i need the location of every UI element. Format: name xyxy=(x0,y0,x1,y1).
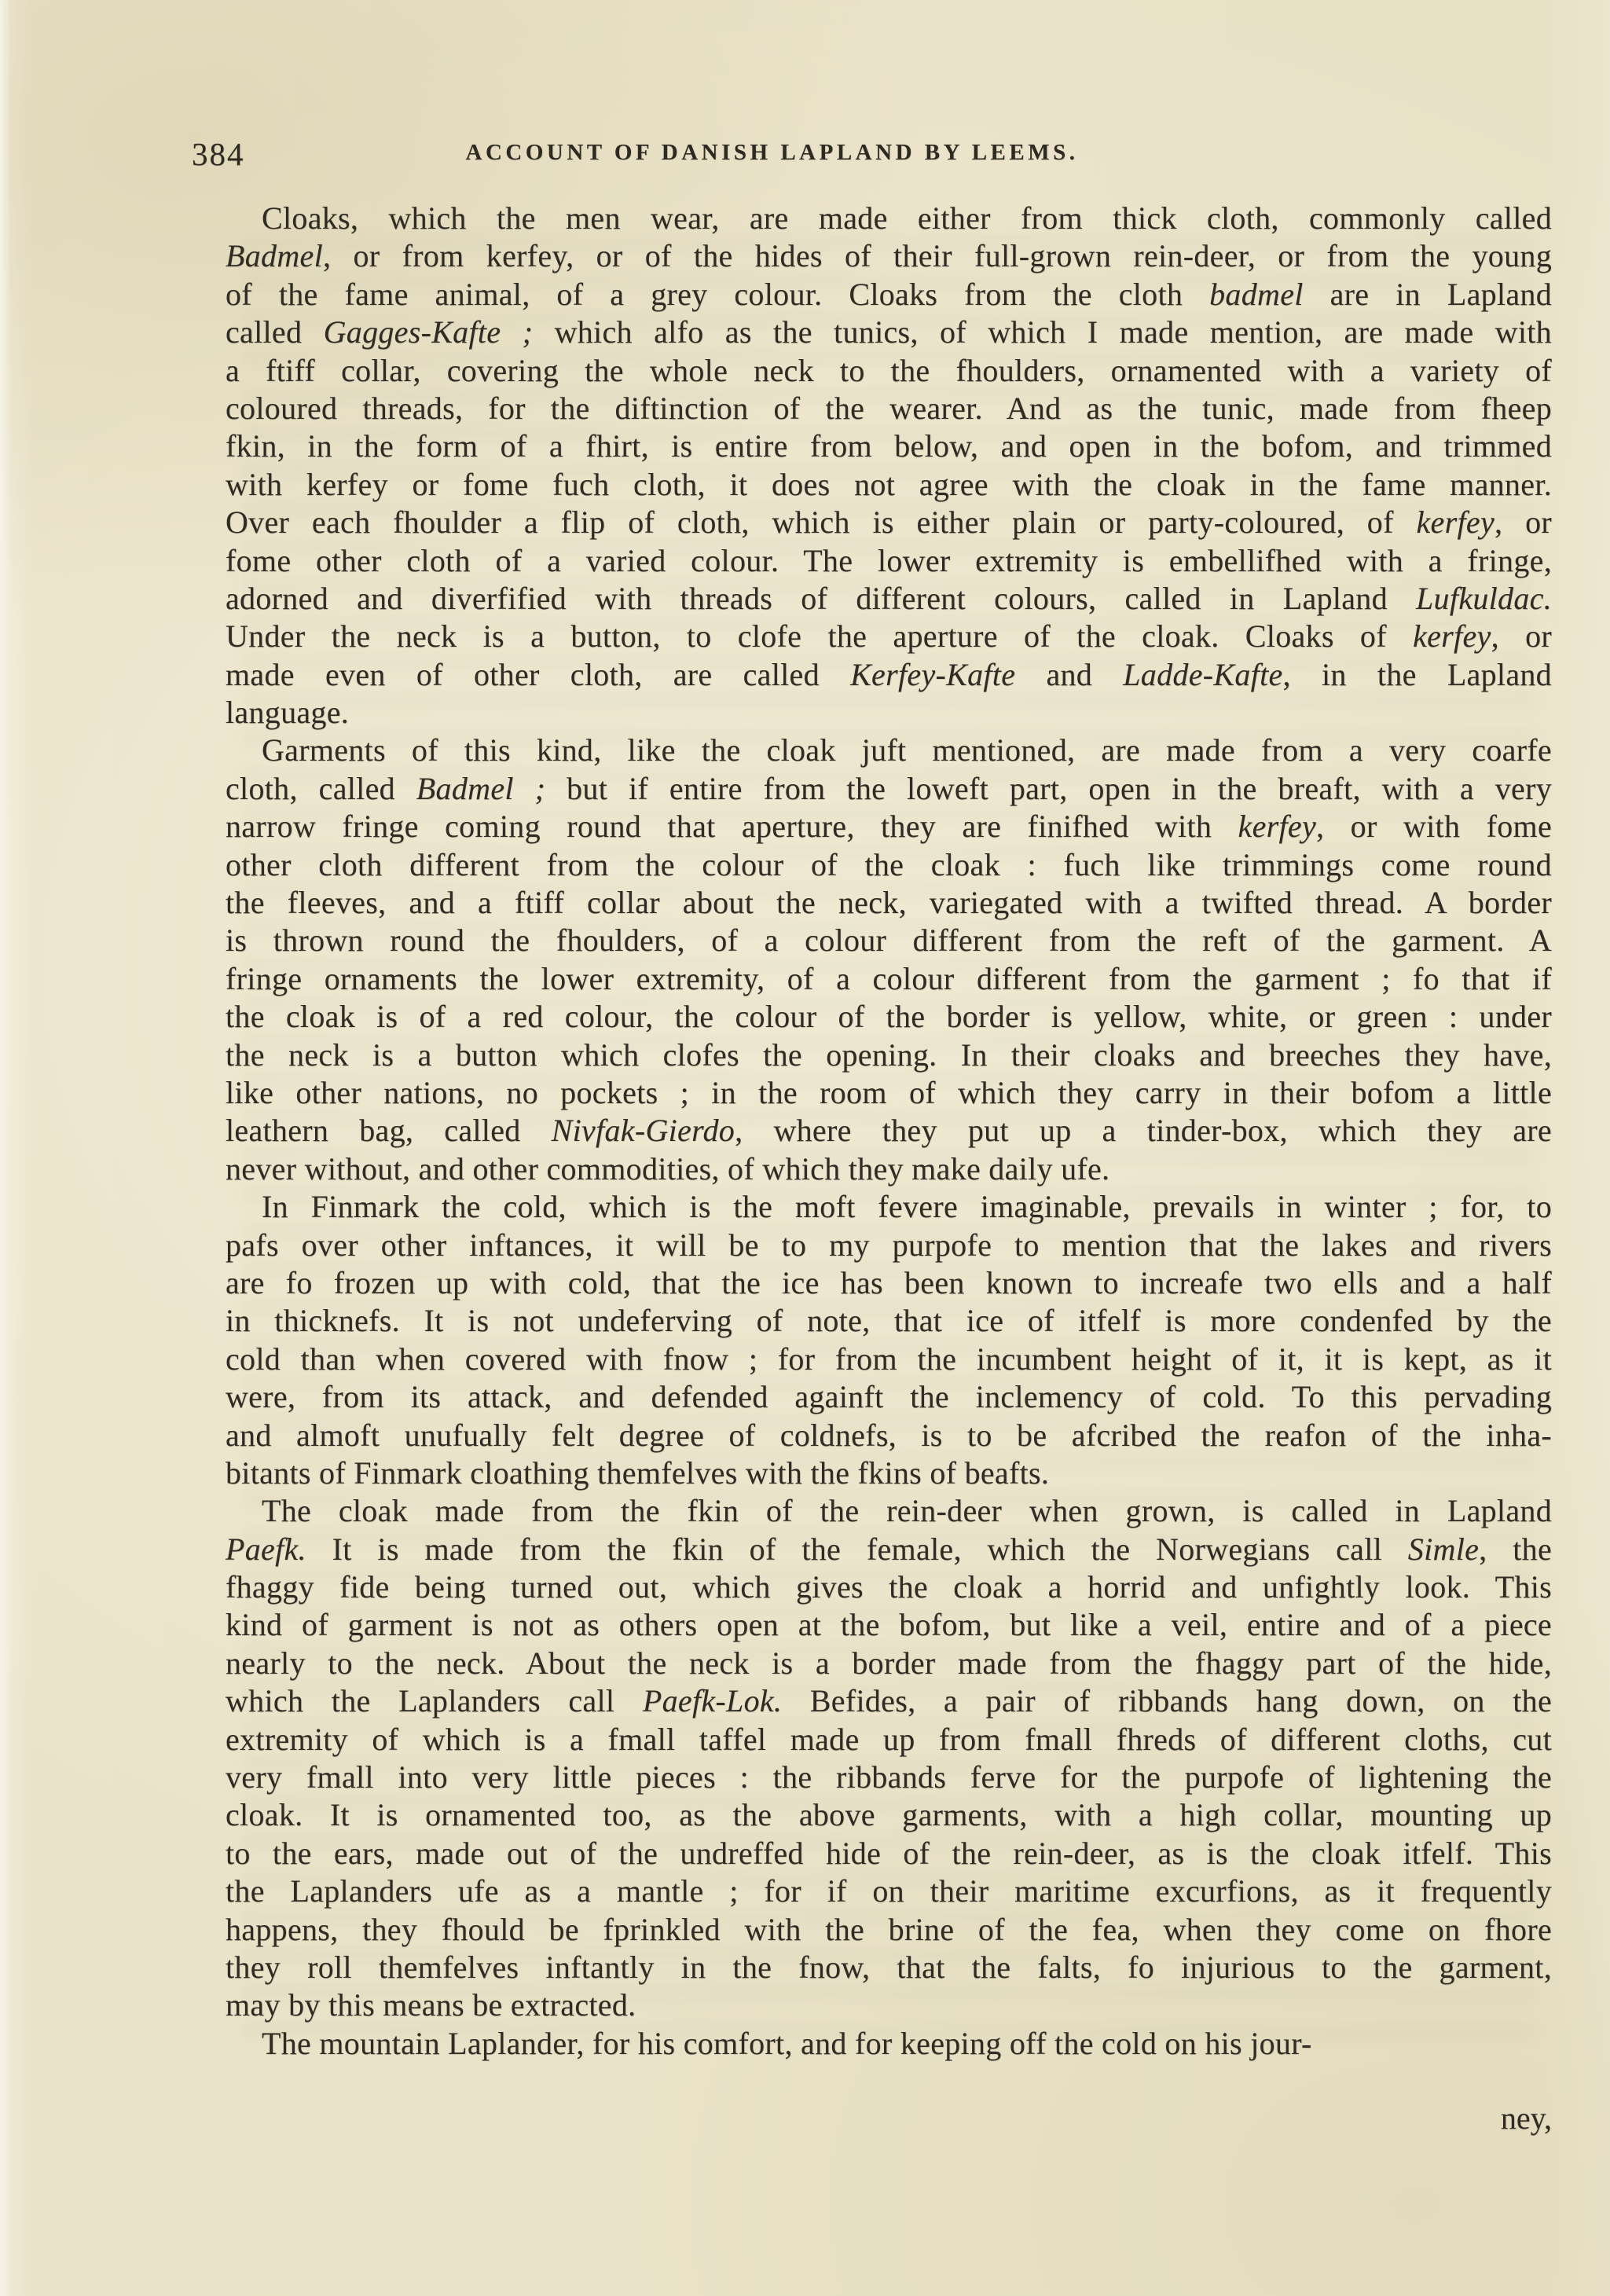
text-segment: Garments of this kind, like the cloak ju… xyxy=(262,732,1552,768)
text-segment: with kerfey or fome fuch cloth, it does … xyxy=(226,467,1552,502)
text-segment: fhaggy fide being turned out, which give… xyxy=(226,1569,1552,1605)
text-line: fkin, in the form of a fhirt, is entire … xyxy=(226,427,1552,465)
text-line: Paefk. It is made from the fkin of the f… xyxy=(226,1531,1552,1568)
italic-term: Nivfak-Gierdo xyxy=(552,1113,735,1148)
text-segment: were, from its attack, and defended agai… xyxy=(226,1379,1552,1414)
text-line: like other nations, no pockets ; in the … xyxy=(226,1074,1552,1112)
text-line: leathern bag, called Nivfak-Gierdo, wher… xyxy=(226,1112,1552,1150)
text-segment: very fmall into very little pieces : the… xyxy=(226,1759,1552,1795)
italic-term: Lufkuldac. xyxy=(1416,581,1552,616)
text-segment: Under the neck is a button, to clofe the… xyxy=(226,618,1413,654)
text-line: language. xyxy=(226,694,1552,732)
scan-page-edge xyxy=(0,0,11,2296)
italic-term: Paefk. xyxy=(226,1531,306,1567)
text-segment: never without, and other commodities, of… xyxy=(226,1151,1109,1187)
text-segment: extremity of which is a fmall taffel mad… xyxy=(226,1722,1552,1757)
text-line: adorned and diverfified with threads of … xyxy=(226,580,1552,618)
text-line: are fo frozen up with cold, that the ice… xyxy=(226,1264,1552,1302)
text-line: bitants of Finmark cloathing themfelves … xyxy=(226,1454,1552,1492)
text-line: the Laplanders ufe as a mantle ; for if … xyxy=(226,1872,1552,1910)
text-line: The cloak made from the fkin of the rein… xyxy=(226,1492,1552,1530)
text-line: to the ears, made out of the undreffed h… xyxy=(226,1835,1552,1872)
text-line: with kerfey or fome fuch cloth, it does … xyxy=(226,466,1552,504)
text-line: fome other cloth of a varied colour. The… xyxy=(226,542,1552,580)
text-segment: the neck is a button which clofes the op… xyxy=(226,1037,1552,1073)
text-segment: Cloaks, which the men wear, are made eit… xyxy=(262,200,1552,236)
text-segment: but if entire from the loweft part, open… xyxy=(545,771,1552,806)
text-segment: which the Laplanders call xyxy=(226,1683,643,1718)
text-segment: coloured threads, for the diftinction of… xyxy=(226,391,1552,426)
text-segment: bitants of Finmark cloathing themfelves … xyxy=(226,1455,1049,1491)
running-title: ACCOUNT OF DANISH LAPLAND BY LEEMS. xyxy=(0,140,1577,166)
catchword: ney, xyxy=(226,2100,1552,2136)
text-segment: may by this means be extracted. xyxy=(226,1987,636,2023)
italic-term: kerfey xyxy=(1413,618,1491,654)
text-line: a ftiff collar, covering the whole neck … xyxy=(226,352,1552,390)
text-segment: , or with fome xyxy=(1316,809,1552,844)
text-segment: leathern bag, called xyxy=(226,1113,552,1148)
text-segment: to the ears, made out of the undreffed h… xyxy=(226,1836,1552,1871)
text-segment: Befides, a pair of ribbands hang down, o… xyxy=(782,1683,1552,1718)
text-segment: , or xyxy=(1494,504,1552,540)
italic-term: Badmel ; xyxy=(416,771,545,806)
italic-term: Kerfey-Kafte xyxy=(850,657,1015,692)
text-line: were, from its attack, and defended agai… xyxy=(226,1378,1552,1416)
text-segment: called xyxy=(226,314,324,350)
text-segment: of the fame animal, of a grey colour. Cl… xyxy=(226,277,1209,312)
text-line: In Finmark the cold, which is the moft f… xyxy=(226,1188,1552,1226)
text-line: cloth, called Badmel ; but if entire fro… xyxy=(226,770,1552,808)
text-line: Cloaks, which the men wear, are made eit… xyxy=(226,200,1552,237)
text-line: Badmel, or from kerfey, or of the hides … xyxy=(226,237,1552,275)
text-line: may by this means be extracted. xyxy=(226,1986,1552,2024)
text-line: cold than when covered with fnow ; for f… xyxy=(226,1341,1552,1378)
text-line: of the fame animal, of a grey colour. Cl… xyxy=(226,276,1552,314)
text-line: called Gagges-Kafte ; which alfo as the … xyxy=(226,314,1552,351)
text-line: narrow fringe coming round that aperture… xyxy=(226,808,1552,845)
text-segment: adorned and diverfified with threads of … xyxy=(226,581,1416,616)
text-line: fringe ornaments the lower extremity, of… xyxy=(226,960,1552,998)
text-segment: kind of garment is not as others open at… xyxy=(226,1607,1552,1642)
text-line: Under the neck is a button, to clofe the… xyxy=(226,618,1552,655)
text-segment: , or xyxy=(1491,618,1552,654)
body-text: Cloaks, which the men wear, are made eit… xyxy=(226,200,1552,2063)
book-page: { "page": { "number": "384", "running_ti… xyxy=(0,0,1610,2296)
text-segment: made even of other cloth, are called xyxy=(226,657,850,692)
text-segment: narrow fringe coming round that aperture… xyxy=(226,809,1238,844)
text-segment: It is made from the fkin of the female, … xyxy=(306,1531,1408,1567)
text-line: pafs over other inftances, it will be to… xyxy=(226,1227,1552,1264)
italic-term: Badmel xyxy=(226,238,323,273)
text-segment: cloak. It is ornamented too, as the abov… xyxy=(226,1797,1552,1832)
text-segment: nearly to the neck. About the neck is a … xyxy=(226,1645,1552,1681)
text-segment: they roll themfelves inftantly in the fn… xyxy=(226,1949,1552,1985)
text-segment: language. xyxy=(226,695,349,730)
text-segment: fringe ornaments the lower extremity, of… xyxy=(226,961,1552,996)
italic-term: kerfey xyxy=(1238,809,1317,844)
italic-term: Gagges-Kafte ; xyxy=(324,314,534,350)
text-line: happens, they fhould be fprinkled with t… xyxy=(226,1911,1552,1949)
text-line: kind of garment is not as others open at… xyxy=(226,1606,1552,1644)
text-segment: , in the Lapland xyxy=(1283,657,1552,692)
text-segment: happens, they fhould be fprinkled with t… xyxy=(226,1912,1552,1947)
text-segment: are in Lapland xyxy=(1304,277,1552,312)
text-line: very fmall into very little pieces : the… xyxy=(226,1759,1552,1796)
text-line: coloured threads, for the diftinction of… xyxy=(226,390,1552,427)
text-segment: a ftiff collar, covering the whole neck … xyxy=(226,353,1552,388)
text-segment: the fleeves, and a ftiff collar about th… xyxy=(226,885,1552,920)
text-segment: Over each fhoulder a flip of cloth, whic… xyxy=(226,504,1417,540)
text-segment: like other nations, no pockets ; in the … xyxy=(226,1075,1552,1110)
italic-term: badmel xyxy=(1209,277,1304,312)
italic-term: Simle xyxy=(1408,1531,1479,1567)
text-segment: fkin, in the form of a fhirt, is entire … xyxy=(226,428,1552,464)
text-segment: cloth, called xyxy=(226,771,416,806)
text-segment: , where they put up a tinder-box, which … xyxy=(735,1113,1552,1148)
text-segment: , or from kerfey, or of the hides of the… xyxy=(323,238,1552,273)
text-line: never without, and other commodities, of… xyxy=(226,1150,1552,1188)
text-line: is thrown round the fhoulders, of a colo… xyxy=(226,922,1552,959)
text-segment: and almoft unufually felt degree of cold… xyxy=(226,1418,1552,1453)
text-segment: the Laplanders ufe as a mantle ; for if … xyxy=(226,1873,1552,1909)
text-segment: and xyxy=(1015,657,1123,692)
text-segment: in thicknefs. It is not undeferving of n… xyxy=(226,1303,1552,1338)
text-segment: , the xyxy=(1479,1531,1552,1567)
text-line: the neck is a button which clofes the op… xyxy=(226,1036,1552,1074)
text-segment: fome other cloth of a varied colour. The… xyxy=(226,543,1552,578)
text-segment: are fo frozen up with cold, that the ice… xyxy=(226,1265,1552,1300)
text-line: Over each fhoulder a flip of cloth, whic… xyxy=(226,504,1552,541)
italic-term: Paefk-Lok. xyxy=(643,1683,782,1718)
text-segment: is thrown round the fhoulders, of a colo… xyxy=(226,922,1552,958)
text-line: the fleeves, and a ftiff collar about th… xyxy=(226,884,1552,922)
text-segment: In Finmark the cold, which is the moft f… xyxy=(262,1189,1552,1224)
text-segment: pafs over other inftances, it will be to… xyxy=(226,1227,1552,1263)
text-segment: The cloak made from the fkin of the rein… xyxy=(262,1493,1552,1528)
text-line: extremity of which is a fmall taffel mad… xyxy=(226,1721,1552,1759)
text-line: which the Laplanders call Paefk-Lok. Bef… xyxy=(226,1682,1552,1720)
text-line: the cloak is of a red colour, the colour… xyxy=(226,998,1552,1036)
text-line: fhaggy fide being turned out, which give… xyxy=(226,1568,1552,1606)
text-line: and almoft unufually felt degree of cold… xyxy=(226,1417,1552,1454)
text-segment: other cloth different from the colour of… xyxy=(226,847,1552,882)
italic-term: Ladde-Kafte xyxy=(1123,657,1282,692)
text-line: Garments of this kind, like the cloak ju… xyxy=(226,732,1552,769)
text-segment: the cloak is of a red colour, the colour… xyxy=(226,999,1552,1034)
text-line: nearly to the neck. About the neck is a … xyxy=(226,1645,1552,1682)
text-line: in thicknefs. It is not undeferving of n… xyxy=(226,1302,1552,1340)
text-line: other cloth different from the colour of… xyxy=(226,846,1552,884)
text-segment: which alfo as the tunics, of which I mad… xyxy=(533,314,1552,350)
text-segment: cold than when covered with fnow ; for f… xyxy=(226,1341,1552,1377)
text-line: cloak. It is ornamented too, as the abov… xyxy=(226,1796,1552,1834)
text-line: they roll themfelves inftantly in the fn… xyxy=(226,1949,1552,1986)
text-line: made even of other cloth, are called Ker… xyxy=(226,656,1552,694)
italic-term: kerfey xyxy=(1417,504,1495,540)
text-line: The mountain Laplander, for his comfort,… xyxy=(226,2025,1552,2063)
text-segment: The mountain Laplander, for his comfort,… xyxy=(262,2026,1312,2061)
